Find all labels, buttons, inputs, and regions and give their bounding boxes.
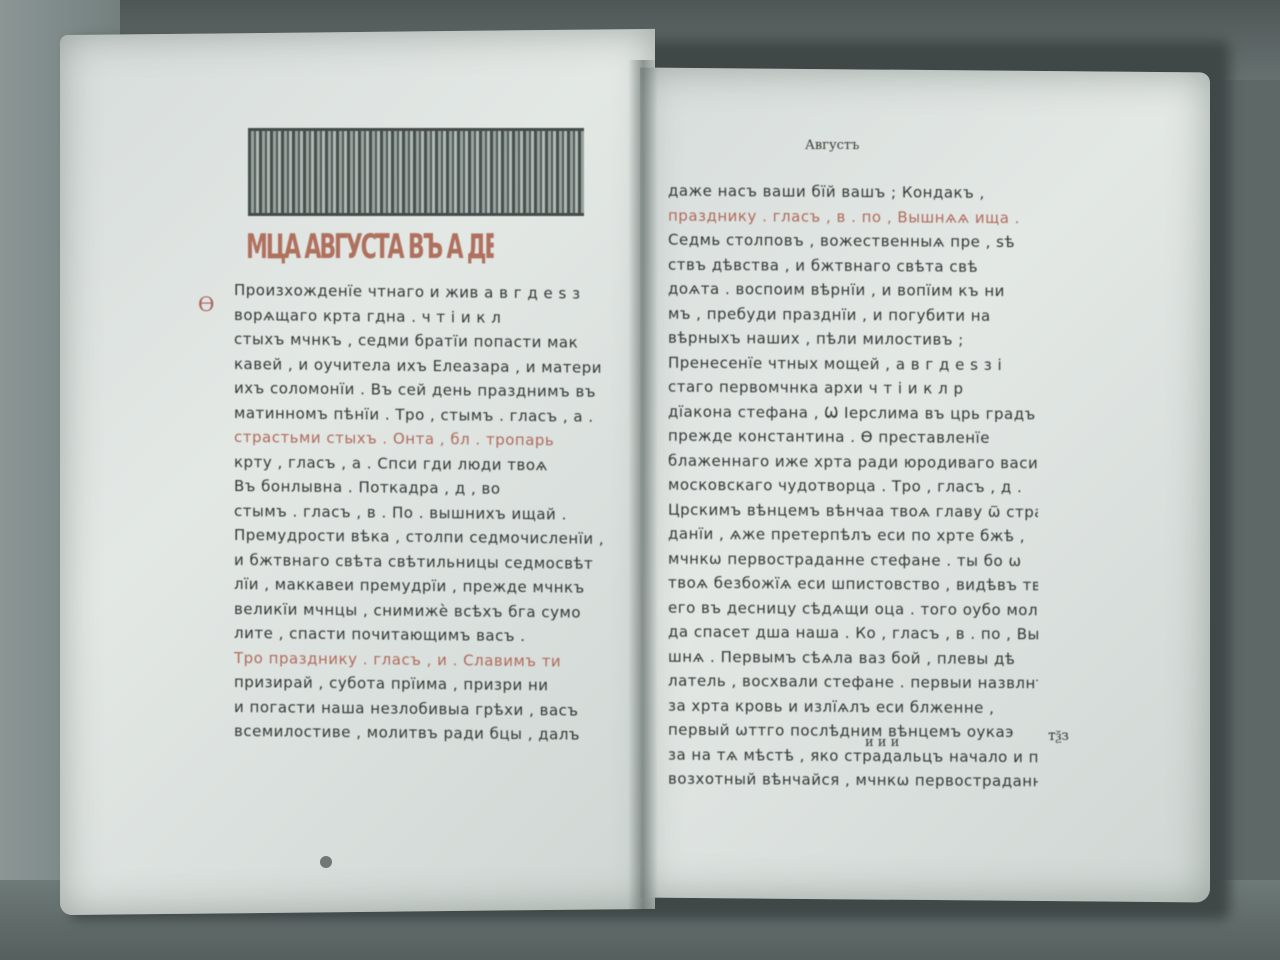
text-line: всемилостиве , молитвъ ради бцы , далъ xyxy=(234,719,614,747)
text-line: данїи , ѧже претерпѣлъ еси по хрте бжѣ , xyxy=(668,522,1038,549)
text-line: за хрта кровь и излїѧлъ еси блженне , xyxy=(668,693,1038,720)
text-line: Въ бонлывна . Поткадра , д , во xyxy=(234,474,614,502)
text-line: за на тѧ мѣстѣ , яко страдальцъ начало и… xyxy=(668,742,1038,769)
text-line: московскаго чудотворца . Тро , гласъ , д… xyxy=(668,473,1038,500)
text-line: возхотный вѣнчайся , мчнкѡ первостраданн… xyxy=(668,767,1038,794)
text-line: дїакона стефана , Ѡ Іерслима въ црь град… xyxy=(668,399,1038,426)
text-line: мчнкѡ первостраданне стефане . ты бо ѡ xyxy=(668,546,1038,573)
text-line: да спасет дша наша . Ко , гласъ , в . по… xyxy=(668,620,1038,647)
text-line: шнѧ . Первымъ сѣѧла ваз бой , плевы дѣ xyxy=(668,644,1038,671)
text-line: Премудрости вѣка , столпи седмочисленїи … xyxy=(234,523,614,551)
text-line: доѧта . воспоим вѣрнїи , и вопїим къ ни xyxy=(668,277,1038,304)
text-line: его въ десницу сѣдѧщи оца . того оубо мо… xyxy=(668,595,1038,622)
text-line: блаженнаго иже хрта ради юродиваго васил… xyxy=(668,448,1038,475)
text-line: призирай , субота прїима , призри ни xyxy=(234,670,614,698)
page-number: тѯз xyxy=(1048,728,1069,745)
paper-hole xyxy=(320,856,332,868)
chapter-title: МЦА АВГУСТА ВЪ А ДЕНЬ xyxy=(246,216,494,278)
text-line: вѣрныхъ наших , пѣли милостивъ ; xyxy=(668,326,1038,353)
text-line: первый ѡттго послѣдним вѣнцемъ оукаэ xyxy=(668,718,1038,745)
text-line-rubric: страстьми стыхъ . Онта , бл . тропарь xyxy=(234,425,614,453)
decorative-headpiece-ornament xyxy=(248,128,584,216)
right-page-text: даже насъ ваши бїй вашъ ; Кондакъ , праз… xyxy=(668,179,1038,794)
text-line: твоѧ безбожїѧ еси шпистовство , видѣвъ т… xyxy=(668,571,1038,598)
text-line: ихъ соломонїи . Въ сей день празднимъ въ xyxy=(234,376,614,404)
text-line: стыхъ мчнкъ , седми братїи попасти мак xyxy=(234,327,614,355)
text-line: даже насъ ваши бїй вашъ ; Кондакъ , xyxy=(668,179,1038,206)
book-gutter xyxy=(628,60,658,910)
text-line: мъ , пребуди празднїи , и погубити на xyxy=(668,301,1038,328)
text-line: Пренесенїе чтных мощей , а в г д е ѕ з і xyxy=(668,350,1038,377)
left-page-text: Произхожденїе чтнаго и жив а в г д е ѕ з… xyxy=(234,278,614,747)
text-line: ствъ дѣвства , и бжтвнаго свѣта свѣ xyxy=(668,252,1038,279)
text-line: Црскимъ вѣнцемъ вѣнчаа твоѧ главу ѿ стра xyxy=(668,497,1038,524)
catchword: и и и xyxy=(865,735,899,750)
text-line: прежде константина . Ѳ преставленїе xyxy=(668,424,1038,451)
text-line: лїи , маккавеи премудрїи , прежде мчнкъ xyxy=(234,572,614,600)
running-head: Августъ xyxy=(805,138,859,153)
margin-initial-marker: Ѳ xyxy=(198,292,214,316)
text-line: Произхожденїе чтнаго и жив а в г д е ѕ з xyxy=(234,278,614,306)
text-line: Седмь столповъ , вожественныѧ пре , ѕѣ xyxy=(668,228,1038,255)
text-line: латель , восхвали стефане . первыи назвл… xyxy=(668,669,1038,696)
text-line: лите , спасти почитающимъ васъ . xyxy=(234,621,614,649)
text-line-rubric: празднику . гласъ , в . по , Вышнѧѧ ища … xyxy=(668,203,1038,230)
text-line: стаго первомчнка архи ч т і и к л р xyxy=(668,375,1038,402)
